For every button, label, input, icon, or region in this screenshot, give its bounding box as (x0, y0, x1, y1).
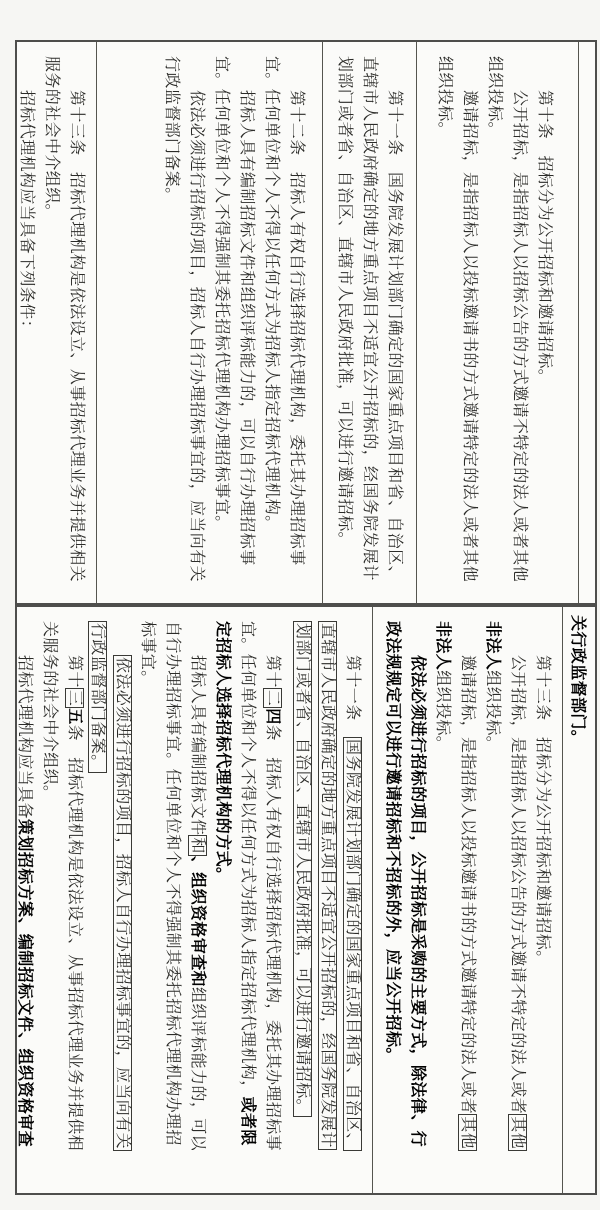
text-line: 第十一条 国务院发展计划部门确定的国家重点项目和省、自治区、 (382, 56, 407, 597)
text-line: 非法人组织投标。 (430, 621, 455, 1187)
text-line: 自行办理招标事宜。任何单位和个人不得强制其委托招标代理机构办理招 (160, 621, 185, 1187)
text-line: 第十三五条 招标代理机构是依法设立、从事招标代理业务并提供相 (62, 621, 87, 1187)
text-line: 行政监督部门备案。 (159, 56, 184, 597)
article-12-current: 第十二条 招标人有权自行选择招标代理机构，委托其办理招标事宜。任何单位和个人不得… (159, 56, 309, 597)
inserted-text: 依法必须进行招标的项目，公开招标是采购的主要方式，除法律、行 (409, 655, 426, 1147)
text-line: 标事宜。 (135, 621, 160, 1187)
text-segment: 第十二条 招标人有权自行选择招标代理机构，委托其办理招标事 (288, 90, 305, 566)
text-line: 政法规规定可以进行邀请招标和不招标的外，应当公开招标。 (380, 621, 405, 1187)
text-segment: 组织投标。 (486, 56, 503, 138)
text-line: 关服务的社会中介组织。 (37, 621, 62, 1187)
text-line: 直辖市人民政府确定的地方重点项目不适宜公开招标的，经国务院发展计 (315, 621, 340, 1187)
text-segment: 组织投标。 (434, 670, 451, 752)
text-line: 宜。任何单位和个人不得以任何方式为招标人指定招标代理机构。 (259, 56, 284, 597)
text-segment: 招标代理机构应当具备 (16, 655, 33, 819)
article-13-current: 第十三条 招标代理机构是依法设立、从事招标代理业务并提供相关服务的社会中介组织。… (14, 56, 89, 597)
text-segment: 宜。任何单位和个人不得以任何方式为招标人指定招标代理机构。 (263, 56, 280, 532)
text-segment: 第十一条 (344, 655, 361, 737)
continuation-text: 关行政监督部门。 (568, 615, 591, 746)
text-segment: 第十一条 国务院发展计划部门确定的国家重点项目和省、自治区、 (386, 90, 403, 582)
text-line: 组织投标。 (432, 56, 457, 597)
text-line: 依法必须进行招标的项目，公开招标是采购的主要方式，除法律、行 (405, 621, 430, 1187)
text-line: 招标人具有编制招标文件和组织评标能力的，可以自行办理招标事 (234, 56, 259, 597)
text-segment: 服务的社会中介组织。 (43, 56, 60, 220)
text-line: 第十三条 招标分为公开招标和邀请招标。 (530, 621, 555, 1187)
text-segment: 第十 (66, 655, 83, 688)
text-segment: 行政监督部门备案。 (163, 56, 180, 204)
deleted-boxed-text: 直辖市人民政府确定的地方重点项目不适宜公开招标的，经国务院发展计 (318, 621, 337, 1150)
row-divider-line (372, 607, 373, 1193)
text-line: 宜。任何单位和个人不得以任何方式为招标人指定招标代理机构，或者限 (235, 621, 260, 1187)
text-line: 非法人组织投标。 (480, 621, 505, 1187)
deleted-boxed-text: 和 (188, 835, 207, 855)
text-line: 招标代理机构应当具备下列条件： (14, 56, 39, 597)
text-line: 服务的社会中介组织。 (39, 56, 64, 597)
text-segment: 条 招标代理机构是依法设立、从事招标代理业务并提供相 (66, 725, 83, 1151)
inserted-text: 五 (66, 708, 83, 724)
article-14-draft: 第十二四条 招标人有权自行选择招标代理机构，委托其办理招标事宜。任何单位和个人不… (85, 621, 285, 1187)
article-15-draft: 第十三五条 招标代理机构是依法设立、从事招标代理业务并提供相关服务的社会中介组织… (12, 621, 87, 1187)
inserted-text: 政法规规定可以进行邀请招标和不招标的外，应当公开招标。 (384, 621, 401, 1064)
text-segment: 邀请招标，是指招标人以投标邀请书的方式邀请特定的法人或者其他 (461, 90, 478, 582)
text-segment: 公开招标，是指招标人以招标公告的方式邀请不特定的法人或者其他 (511, 90, 528, 582)
law-page-current: 第十条 招标分为公开招标和邀请招标。公开招标，是指招标人以招标公告的方式邀请不特… (15, 40, 597, 605)
row-divider-line (416, 42, 417, 603)
deleted-boxed-text: 其他 (458, 1114, 477, 1151)
text-segment: 依法必须进行招标的项目，招标人自行办理招标事宜的，应当向有关 (188, 90, 205, 582)
inserted-text: 、组织资格审查和 (189, 856, 206, 987)
header-row-divider-line (562, 607, 563, 1193)
text-segment: 宜。任何单位和个人不得以任何方式为招标人指定招标代理机构， (239, 621, 256, 1097)
text-segment: 招标人具有编制招标文件 (189, 655, 206, 835)
deleted-boxed-text: 依法必须进行招标的项目，招标人自行办理招标事宜的，应当向有关 (113, 655, 132, 1151)
text-segment: 标事宜。 (139, 621, 156, 687)
text-line: 第十一条 国务院发展计划部门确定的国家重点项目和省、自治区、 (340, 621, 365, 1187)
deleted-boxed-text: 国务院发展计划部门确定的国家重点项目和省、自治区、 (343, 737, 362, 1151)
text-line: 招标人具有编制招标文件和、组织资格审查和组织评标能力的，可以 (185, 621, 210, 1187)
row-divider-line (96, 42, 97, 603)
text-segment: 第十 (264, 655, 281, 688)
text-line: 第十条 招标分为公开招标和邀请招标。 (532, 56, 557, 597)
text-line: 公开招标，是指招标人以招标公告的方式邀请不特定的法人或者其他 (505, 621, 530, 1187)
deleted-boxed-text: 三 (65, 688, 84, 708)
text-segment: 招标代理机构应当具备下列条件： (18, 90, 35, 336)
inserted-text: 四 (264, 708, 281, 724)
draft-page-revision: 关行政监督部门。 第十三条 招标分为公开招标和邀请招标。公开招标，是指招标人以招… (15, 605, 597, 1195)
text-segment: 第十三条 招标代理机构是依法设立、从事招标代理业务并提供相关 (68, 90, 85, 582)
deleted-boxed-text: 二 (263, 688, 282, 708)
text-segment: 划部门或者省、自治区、直辖市人民政府批准，可以进行邀请招标。 (336, 56, 353, 548)
text-segment: 公开招标，是指招标人以招标公告的方式邀请不特定的法人或者 (509, 655, 526, 1114)
text-line: 招标代理机构应当具备策划招标方案、编制招标文件、组织资格审查 (12, 621, 37, 1187)
text-line: 邀请招标，是指招标人以投标邀请书的方式邀请特定的法人或者其他 (455, 621, 480, 1187)
text-segment: 第十三条 招标分为公开招标和邀请招标。 (534, 655, 551, 967)
text-segment: 招标人具有编制招标文件和组织评标能力的，可以自行办理招标事 (238, 90, 255, 566)
text-line: 宜。任何单位和个人不得强制其委托招标代理机构办理招标事宜。 (209, 56, 234, 597)
deleted-boxed-text: 行政监督部门备案。 (88, 621, 107, 773)
text-line: 划部门或者省、自治区、直辖市人民政府批准，可以进行邀请招标。 (332, 56, 357, 597)
text-segment: 直辖市人民政府确定的地方重点项目不适宜公开招标的，经国务院发展计 (361, 56, 378, 581)
header-row-divider-line (578, 42, 579, 603)
deleted-boxed-text: 其他 (508, 1114, 527, 1151)
text-segment: 宜。任何单位和个人不得强制其委托招标代理机构办理招标事宜。 (213, 56, 230, 532)
text-segment: 邀请招标，是指招标人以投标邀请书的方式邀请特定的法人或者 (459, 655, 476, 1114)
text-line: 第十三条 招标代理机构是依法设立、从事招标代理业务并提供相关 (64, 56, 89, 597)
row-divider-line (322, 42, 323, 603)
text-line: 定招标人选择招标代理机构的方式。 (210, 621, 235, 1187)
text-line: 直辖市人民政府确定的地方重点项目不适宜公开招标的，经国务院发展计 (357, 56, 382, 597)
text-segment: 条 招标人有权自行选择招标代理机构，委托其办理招标事 (264, 725, 281, 1151)
text-line: 划部门或者省、自治区、直辖市人民政府批准，可以进行邀请招标。 (290, 621, 315, 1187)
text-line: 公开招标，是指招标人以招标公告的方式邀请不特定的法人或者其他 (507, 56, 532, 597)
inserted-text: 非法人 (434, 621, 451, 670)
article-13-draft: 第十三条 招标分为公开招标和邀请招标。公开招标，是指招标人以招标公告的方式邀请不… (380, 621, 555, 1187)
inserted-text: 或者限 (239, 1097, 256, 1146)
article-11-draft-deleted: 第十一条 国务院发展计划部门确定的国家重点项目和省、自治区、直辖市人民政府确定的… (290, 621, 365, 1187)
text-segment: 组织投标。 (436, 56, 453, 138)
text-segment: 组织评标能力的，可以 (189, 987, 206, 1151)
article-10-current: 第十条 招标分为公开招标和邀请招标。公开招标，是指招标人以招标公告的方式邀请不特… (432, 56, 557, 597)
inserted-text: 策划招标方案、编制招标文件、组织资格审查 (16, 819, 33, 1147)
text-segment: 组织投标。 (484, 670, 501, 752)
text-segment: 第十条 招标分为公开招标和邀请招标。 (536, 90, 553, 385)
text-segment: 关服务的社会中介组织。 (41, 621, 58, 801)
text-line: 第十二四条 招标人有权自行选择招标代理机构，委托其办理招标事 (260, 621, 285, 1187)
text-line: 邀请招标，是指招标人以投标邀请书的方式邀请特定的法人或者其他 (457, 56, 482, 597)
text-line: 第十二条 招标人有权自行选择招标代理机构，委托其办理招标事 (284, 56, 309, 597)
text-segment: 自行办理招标事宜。任何单位和个人不得强制其委托招标代理机构办理招 (164, 621, 181, 1146)
text-line: 依法必须进行招标的项目，招标人自行办理招标事宜的，应当向有关 (110, 621, 135, 1187)
deleted-boxed-text: 划部门或者省、自治区、直辖市人民政府批准，可以进行邀请招标。 (293, 621, 312, 1117)
text-line: 行政监督部门备案。 (85, 621, 110, 1187)
text-line: 组织投标。 (482, 56, 507, 597)
inserted-text: 非法人 (484, 621, 501, 670)
article-11-current: 第十一条 国务院发展计划部门确定的国家重点项目和省、自治区、直辖市人民政府确定的… (332, 56, 407, 597)
text-line: 依法必须进行招标的项目，招标人自行办理招标事宜的，应当向有关 (184, 56, 209, 597)
inserted-text: 定招标人选择招标代理机构的方式。 (214, 621, 231, 883)
